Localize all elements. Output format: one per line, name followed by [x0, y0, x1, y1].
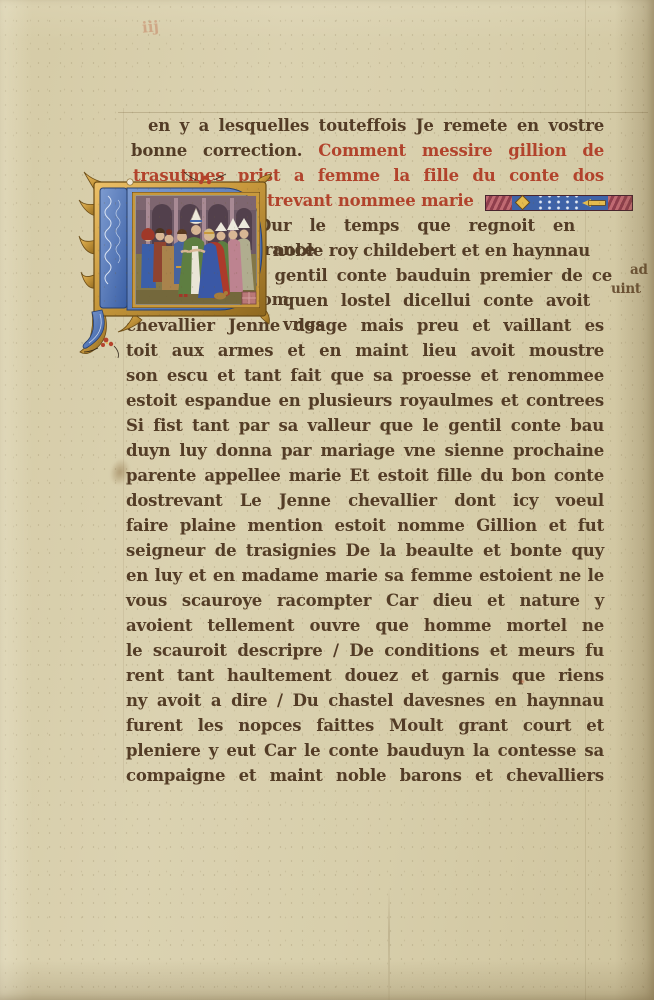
- text-line: son escu et tant fait que sa proesse et …: [126, 364, 604, 389]
- text-line: duyn luy donna par mariage vne sienne pr…: [126, 439, 604, 464]
- text-line: compaigne et maint noble barons et cheva…: [126, 764, 604, 789]
- text-line: estoit espandue en plusieurs royaulmes e…: [126, 389, 604, 414]
- checkered-corner-patch: [242, 292, 256, 304]
- text-line: en y a lesquelles touteffois Je remete e…: [148, 114, 604, 139]
- text-line: faire plaine mention estoit nomme Gillio…: [126, 514, 604, 539]
- clasped-hands: [181, 251, 189, 252]
- manuscript-page: iij en y a lesquelles touteffois Je reme…: [0, 0, 654, 1000]
- text-line: le scauroit descripre / De conditions et…: [126, 639, 604, 664]
- ruling-line-horizontal: [118, 112, 648, 113]
- parchment-crease: [388, 888, 390, 1000]
- filler-rose-segment: [486, 196, 512, 210]
- filler-blue-filigree: [534, 196, 580, 210]
- text-line: furent les nopces faittes Moult grant co…: [126, 714, 604, 739]
- text-line: seigneur de trasignies De la beaulte et …: [126, 539, 604, 564]
- rubric-segment: Comment messire gillion de: [318, 141, 604, 160]
- illuminated-initial-P: [78, 170, 272, 360]
- text-line: Our le temps que regnoit en france: [257, 214, 575, 239]
- text-line: vous scauroye racompter Car dieu et natu…: [126, 589, 604, 614]
- white-pearl-ornament: [127, 179, 133, 185]
- faded-offset-mark: iij: [141, 17, 159, 36]
- text-line: Si fist tant par sa valleur que le genti…: [126, 414, 604, 439]
- text-line: le gentil conte bauduin premier de ce no…: [249, 264, 612, 289]
- filler-rose-segment: [608, 196, 632, 210]
- line-filler-ornament: [485, 195, 633, 211]
- text-line: dostrevant Le Jenne chevallier dont icy …: [126, 489, 604, 514]
- text-line: quen lostel dicellui conte avoit vngs: [283, 289, 590, 314]
- margin-note: uint: [611, 281, 641, 297]
- text-line: avoient tellement ouvre que homme mortel…: [126, 614, 604, 639]
- text-line: bonne correction. Comment messire gillio…: [131, 139, 604, 164]
- text-line: parente appellee marie Et estoit fille d…: [126, 464, 604, 489]
- text-line: le noble roy childebert et en haynnau: [251, 239, 590, 264]
- stain: [520, 679, 525, 684]
- filler-gold-lozenge: [512, 196, 534, 210]
- spacer: [302, 141, 318, 160]
- text-line: rent tant haultement douez et garnis que…: [126, 664, 604, 689]
- text-line: pleniere y eut Car le conte bauduyn la c…: [126, 739, 604, 764]
- text-line: en luy et en madame marie sa femme estoi…: [126, 564, 604, 589]
- filler-gold-arrow: [580, 196, 608, 210]
- text-segment: bonne correction.: [131, 141, 302, 160]
- margin-note: ad: [630, 262, 648, 278]
- text-line: ny avoit a dire / Du chastel davesnes en…: [126, 689, 604, 714]
- miniature-wedding-scene: [133, 193, 260, 308]
